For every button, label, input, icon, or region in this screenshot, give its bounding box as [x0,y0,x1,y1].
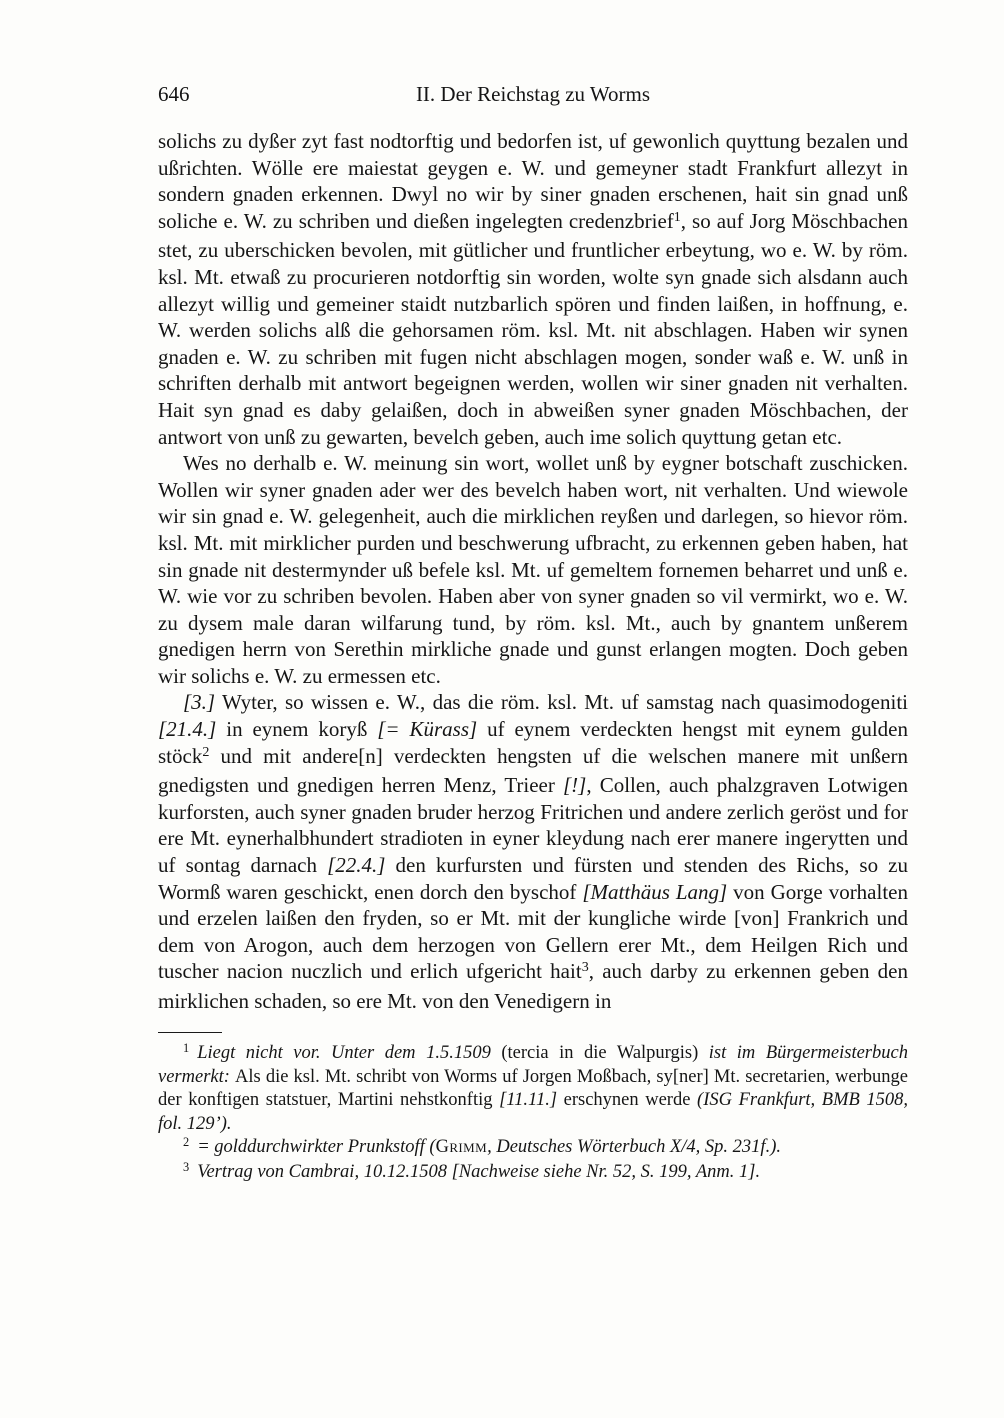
footnote-reference-marker: 3 [582,959,589,975]
text-run: = golddurchwirkter Prunkstoff ( [197,1137,435,1157]
text-run: Wes no derhalb e. W. meinung sin wort, w… [158,451,908,688]
footnote-reference-marker: 1 [674,209,681,225]
text-run: (tercia in die Walpurgis) [501,1043,708,1063]
text-run: in eynem koryß [216,717,377,741]
text-run: [3.] [183,690,215,714]
footnote-number-marker: 2 [183,1135,189,1149]
text-run: Vertrag von Cambrai, 10.12.1508 [Nachwei… [197,1162,760,1182]
paragraph: [3.] Wyter, so wissen e. W., das die röm… [158,689,908,1014]
paragraph: Wes no derhalb e. W. meinung sin wort, w… [158,450,908,689]
text-run: [11.11.] [499,1090,557,1110]
text-run: [22.4.] [327,853,385,877]
paragraph: solichs zu dyßer zyt fast nodtorftig und… [158,128,908,450]
footnote-reference-marker: 2 [202,744,209,760]
footnote-separator-rule [158,1032,222,1033]
footnote: 2= golddurchwirkter Prunkstoff (Grimm, D… [158,1136,908,1160]
text-run: erschynen werde [557,1090,697,1110]
text-run: [!] [563,773,586,797]
running-title: II. Der Reichstag zu Worms [158,82,908,106]
main-text-block: solichs zu dyßer zyt fast nodtorftig und… [158,128,908,1015]
text-run: , Deutsches Wörterbuch X/4, Sp. 231f.). [487,1137,781,1157]
text-run: [Matthäus Lang] [582,880,727,904]
text-run: Grimm [436,1137,487,1157]
page-number: 646 [158,82,190,106]
footnotes-block: 1Liegt nicht vor. Unter dem 1.5.1509 (te… [158,1042,908,1185]
text-run: , so auf Jorg Möschbachen stet, zu ubers… [158,209,908,449]
book-page: 646 II. Der Reichstag zu Worms solichs z… [0,0,1004,1418]
page-header: 646 II. Der Reichstag zu Worms [158,82,908,106]
footnote: 3Vertrag von Cambrai, 10.12.1508 [Nachwe… [158,1161,908,1185]
text-run: Wyter, so wissen e. W., das die röm. ksl… [215,690,908,714]
text-run: Liegt nicht vor. Unter dem 1.5.1509 [197,1043,501,1063]
text-run: [= Kürass] [377,717,477,741]
text-run: [21.4.] [158,717,216,741]
footnote-number-marker: 1 [183,1041,189,1055]
footnote-number-marker: 3 [183,1160,189,1174]
footnote: 1Liegt nicht vor. Unter dem 1.5.1509 (te… [158,1042,908,1137]
